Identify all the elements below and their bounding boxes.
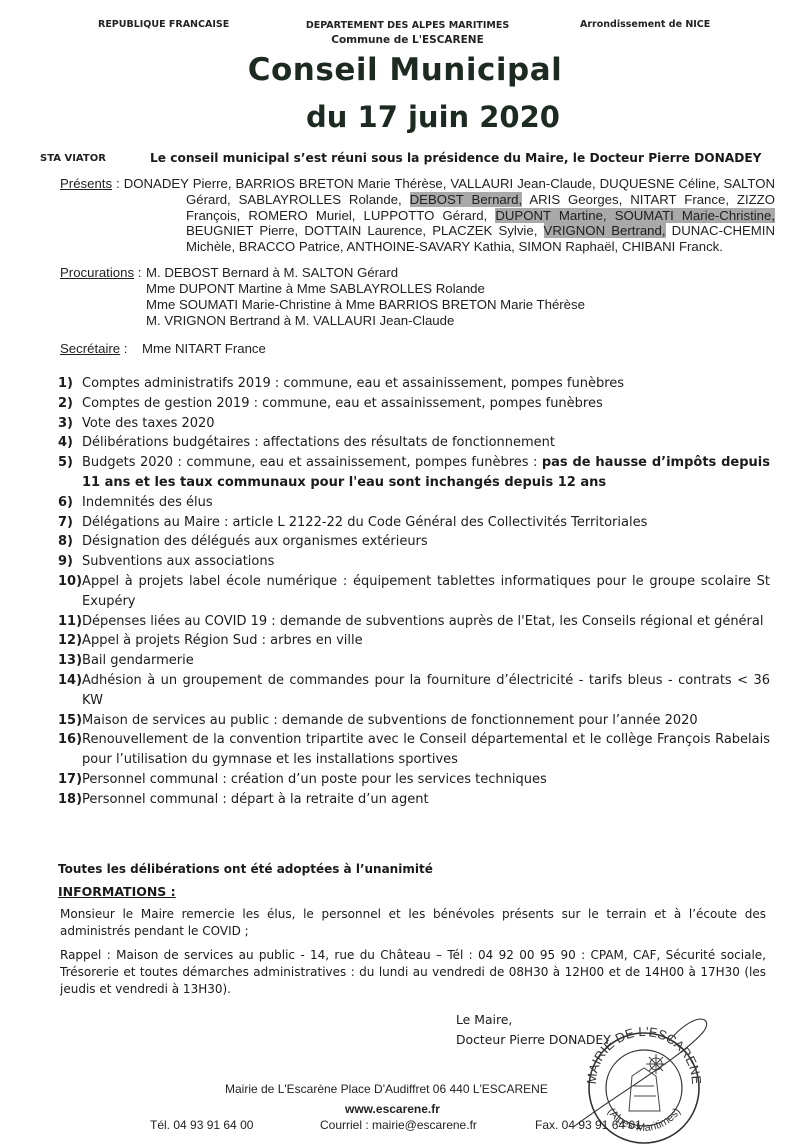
procuration-row: Mme SOUMATI Marie-Christine à Mme BARRIO… [60, 297, 585, 313]
agenda-item: 9)Subventions aux associations [58, 552, 770, 572]
agenda-item: 16)Renouvellement de la convention tripa… [58, 730, 770, 770]
footer-fax: Fax. 04 93 91 64 01 [535, 1118, 642, 1132]
intro-statement: Le conseil municipal s’est réuni sous la… [150, 151, 762, 165]
secretaire-section: Secrétaire :Mme NITART France [60, 341, 266, 357]
agenda-item-label: Désignation des délégués aux organismes … [82, 534, 428, 549]
motto: STA VIATOR [40, 153, 106, 164]
agenda-item-number: 11) [58, 612, 82, 632]
agenda-list: 1)Comptes administratifs 2019 : commune,… [58, 374, 770, 810]
agenda-item-label: Bail gendarmerie [82, 653, 194, 668]
agenda-item-number: 17) [58, 770, 82, 790]
agenda-item-number: 16) [58, 730, 82, 770]
presents-section: Présents : DONADEY Pierre, BARRIOS BRETO… [60, 176, 775, 255]
agenda-item-label: Budgets 2020 : commune, eau et assainiss… [82, 455, 542, 470]
agenda-item: 13)Bail gendarmerie [58, 651, 770, 671]
agenda-item-text: Désignation des délégués aux organismes … [82, 532, 770, 552]
informations-title: INFORMATIONS : [58, 884, 176, 899]
agenda-item-text: Délégations au Maire : article L 2122-22… [82, 513, 770, 533]
agenda-item-text: Subventions aux associations [82, 552, 770, 572]
agenda-item-number: 3) [58, 414, 82, 434]
agenda-item: 14)Adhésion à un groupement de commandes… [58, 671, 770, 711]
agenda-item-number: 12) [58, 631, 82, 651]
procuration-row: Mme DUPONT Martine à Mme SABLAYROLLES Ro… [60, 281, 585, 297]
agenda-item-number: 4) [58, 433, 82, 453]
footer-telephone: Tél. 04 93 91 64 00 [150, 1118, 253, 1132]
agenda-item-label: Personnel communal : départ à la retrait… [82, 792, 429, 807]
agenda-item: 1)Comptes administratifs 2019 : commune,… [58, 374, 770, 394]
agenda-item-text: Vote des taxes 2020 [82, 414, 770, 434]
agenda-item-label: Comptes administratifs 2019 : commune, e… [82, 376, 624, 391]
agenda-item-text: Appel à projets label école numérique : … [82, 572, 770, 612]
procuration-item: Mme SOUMATI Marie-Christine à Mme BARRIO… [146, 297, 585, 312]
header-republique: REPUBLIQUE FRANCAISE [98, 19, 229, 30]
agenda-item: 15)Maison de services au public : demand… [58, 711, 770, 731]
agenda-item-number: 18) [58, 790, 82, 810]
presents-label: Présents [60, 176, 112, 191]
agenda-item-label: Appel à projets Région Sud : arbres en v… [82, 633, 363, 648]
absent-member-highlight: DEBOST Bernard, [410, 192, 523, 207]
agenda-item-label: Indemnités des élus [82, 495, 213, 510]
agenda-item-text: Comptes de gestion 2019 : commune, eau e… [82, 394, 770, 414]
footer-address: Mairie de L'Escarène Place D'Audiffret 0… [225, 1082, 548, 1096]
agenda-item-text: Maison de services au public : demande d… [82, 711, 770, 731]
agenda-item: 10)Appel à projets label école numérique… [58, 572, 770, 612]
agenda-item-number: 13) [58, 651, 82, 671]
agenda-item-text: Dépenses liées au COVID 19 : demande de … [82, 612, 770, 632]
agenda-item-text: Délibérations budgétaires : affectations… [82, 433, 770, 453]
footer-website-link[interactable]: www.escarene.fr [345, 1102, 440, 1116]
page-subtitle-date: du 17 juin 2020 [28, 100, 810, 134]
agenda-item-label: Adhésion à un groupement de commandes po… [82, 673, 770, 708]
informations-paragraph-thanks: Monsieur le Maire remercie les élus, le … [60, 906, 766, 940]
agenda-item-number: 8) [58, 532, 82, 552]
procuration-row: M. VRIGNON Bertrand à M. VALLAURI Jean-C… [60, 313, 585, 329]
header-arrondissement: Arrondissement de NICE [580, 19, 710, 30]
secretaire-value: Mme NITART France [142, 341, 266, 356]
agenda-item-text: Comptes administratifs 2019 : commune, e… [82, 374, 770, 394]
procurations-label: Procurations [60, 265, 134, 280]
agenda-item: 2)Comptes de gestion 2019 : commune, eau… [58, 394, 770, 414]
agenda-item-label: Appel à projets label école numérique : … [82, 574, 770, 609]
agenda-item: 3)Vote des taxes 2020 [58, 414, 770, 434]
agenda-item: 7)Délégations au Maire : article L 2122-… [58, 513, 770, 533]
agenda-item-number: 10) [58, 572, 82, 612]
present-members-text: BEUGNIET Pierre, DOTTAIN Laurence, PLACZ… [186, 223, 544, 238]
agenda-item-number: 14) [58, 671, 82, 711]
agenda-item-label: Subventions aux associations [82, 554, 274, 569]
procuration-item: M. DEBOST Bernard à M. SALTON Gérard [146, 265, 398, 280]
agenda-item-text: Personnel communal : création d’un poste… [82, 770, 770, 790]
procuration-row: Procurations :M. DEBOST Bernard à M. SAL… [60, 265, 585, 281]
agenda-item: 5)Budgets 2020 : commune, eau et assaini… [58, 453, 770, 493]
agenda-item: 12)Appel à projets Région Sud : arbres e… [58, 631, 770, 651]
footer-email[interactable]: Courriel : mairie@escarene.fr [320, 1118, 477, 1132]
agenda-item-number: 7) [58, 513, 82, 533]
agenda-item-text: Renouvellement de la convention triparti… [82, 730, 770, 770]
agenda-item-label: Renouvellement de la convention triparti… [82, 732, 770, 767]
presents-colon: : [112, 176, 124, 191]
svg-text:MAIRIE DE L'ESCARENE: MAIRIE DE L'ESCARENE [584, 1024, 704, 1085]
agenda-item: 6)Indemnités des élus [58, 493, 770, 513]
agenda-item-number: 15) [58, 711, 82, 731]
agenda-item-label: Délégations au Maire : article L 2122-22… [82, 515, 647, 530]
presents-list: DONADEY Pierre, BARRIOS BRETON Marie Thé… [124, 176, 775, 254]
page-title: Conseil Municipal [0, 52, 810, 88]
header-departement: DEPARTEMENT DES ALPES MARITIMES Commune … [300, 19, 515, 47]
agenda-item-number: 5) [58, 453, 82, 493]
agenda-item: 11)Dépenses liées au COVID 19 : demande … [58, 612, 770, 632]
agenda-item-label: Comptes de gestion 2019 : commune, eau e… [82, 396, 603, 411]
absent-member-highlight: DUPONT Martine, SOUMATI Marie-Christine, [495, 208, 775, 223]
agenda-item-label: Dépenses liées au COVID 19 : demande de … [82, 614, 763, 629]
agenda-item-text: Budgets 2020 : commune, eau et assainiss… [82, 453, 770, 493]
procuration-item: Mme DUPONT Martine à Mme SABLAYROLLES Ro… [146, 281, 485, 296]
agenda-item-number: 1) [58, 374, 82, 394]
agenda-item: 17)Personnel communal : création d’un po… [58, 770, 770, 790]
agenda-item-label: Délibérations budgétaires : affectations… [82, 435, 555, 450]
procuration-item: M. VRIGNON Bertrand à M. VALLAURI Jean-C… [146, 313, 454, 328]
header-commune-line: Commune de L'ESCARENE [300, 33, 515, 47]
agenda-item-text: Personnel communal : départ à la retrait… [82, 790, 770, 810]
header-departement-line: DEPARTEMENT DES ALPES MARITIMES [300, 19, 515, 33]
agenda-item-text: Indemnités des élus [82, 493, 770, 513]
unanimity-statement: Toutes les délibérations ont été adoptée… [58, 862, 433, 876]
agenda-item-text: Appel à projets Région Sud : arbres en v… [82, 631, 770, 651]
agenda-item-number: 2) [58, 394, 82, 414]
procurations-section: Procurations :M. DEBOST Bernard à M. SAL… [60, 265, 585, 329]
informations-paragraph-reminder: Rappel : Maison de services au public - … [60, 947, 766, 998]
absent-member-highlight: VRIGNON Bertrand, [544, 223, 666, 238]
agenda-item: 8)Désignation des délégués aux organisme… [58, 532, 770, 552]
agenda-item-text: Bail gendarmerie [82, 651, 770, 671]
agenda-item: 18)Personnel communal : départ à la retr… [58, 790, 770, 810]
agenda-item-label: Maison de services au public : demande d… [82, 713, 698, 728]
agenda-item-text: Adhésion à un groupement de commandes po… [82, 671, 770, 711]
agenda-item-number: 6) [58, 493, 82, 513]
secretaire-label: Secrétaire [60, 341, 120, 356]
agenda-item: 4)Délibérations budgétaires : affectatio… [58, 433, 770, 453]
agenda-item-label: Personnel communal : création d’un poste… [82, 772, 547, 787]
presents-names: Présents : DONADEY Pierre, BARRIOS BRETO… [186, 176, 775, 255]
agenda-item-label: Vote des taxes 2020 [82, 416, 215, 431]
agenda-item-number: 9) [58, 552, 82, 572]
